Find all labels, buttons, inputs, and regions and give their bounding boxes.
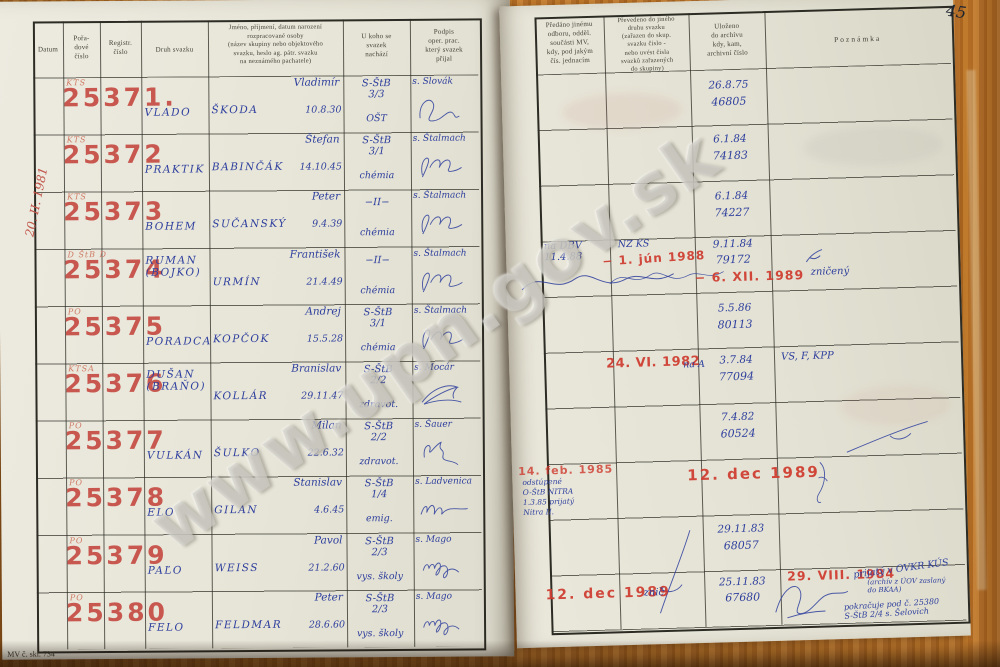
check-mark (802, 247, 827, 268)
remark-line2: (archív z ÚOV zaslaný do BKAA) (867, 576, 946, 594)
department: chémia (345, 342, 411, 353)
surname-birth: KOLLÁR29.11.47 (213, 389, 343, 402)
department: emig. (346, 513, 412, 524)
department: OŠT (343, 113, 409, 124)
header-jmeno: Jméno, příjmení, datum narození rozpraco… (209, 23, 342, 67)
page-edge-stack (967, 70, 987, 590)
surname: KOLLÁR (213, 390, 268, 402)
officer-name: s. Šauer (415, 420, 452, 430)
handwritten-signature (767, 573, 854, 625)
form-code: MV č. skl. 734 (7, 649, 55, 658)
officer-signature (414, 88, 470, 128)
unit: S-ŠtB 2/2 (345, 364, 411, 386)
register-row: PO 25380 FELO Peter FELDMAR28.6.60 S-ŠtB… (2, 589, 512, 650)
header-prevedeno: Převedeno do jiného druhu svazku (zařaze… (603, 15, 690, 74)
archive-date: 7.4.82 (705, 410, 771, 424)
officer-signature (416, 317, 472, 357)
officer-signature (416, 374, 472, 414)
birth-date: 14.10.45 (300, 161, 342, 172)
unit: −II− (344, 255, 410, 266)
birth-date: 29.11.47 (301, 390, 343, 401)
department: zdravot. (346, 456, 412, 467)
officer-signature (415, 145, 471, 185)
remark-line3: pokračuje pod č. 25380 S-ŠtB 2/4 s. Šelo… (844, 597, 940, 621)
destroyed-note: zničený (811, 266, 850, 278)
unit: S-ŠtB 3/3 (343, 78, 409, 100)
unit: S-ŠtB 2/2 (346, 421, 412, 443)
header-predano: Předáno jinému odboru, odděl. součásti M… (535, 20, 605, 67)
surname-birth: ŠULKO22.6.32 (214, 446, 344, 459)
first-name: Pavol (214, 534, 342, 547)
cover-name: PORADCA (146, 335, 212, 347)
surname-birth: FELDMAR28.6.60 (215, 618, 345, 631)
officer-signature (416, 260, 472, 300)
archive-date: 6.1.84 (697, 132, 763, 146)
unit: −II− (344, 197, 410, 208)
department: chémia (344, 227, 410, 238)
header-druh-svazku: Druh svazku (141, 45, 208, 55)
cover-name: FELO (148, 622, 185, 634)
officer-name: s. Štalmach (414, 306, 467, 316)
register-row: KTS 25373 BOHEM Peter SUČANSKÝ9.4.39 −II… (0, 188, 509, 249)
surname-birth: ŠKODA10.8.30 (211, 103, 341, 116)
archive-number: 80113 (702, 317, 768, 332)
officer-signature (418, 603, 474, 643)
officer-signature (415, 202, 471, 242)
birth-date: 4.6.45 (314, 504, 344, 515)
surname: GILAN (214, 504, 258, 516)
surname: ŠKODA (211, 104, 258, 116)
first-name: Vladimír (211, 76, 339, 89)
check-mark (836, 417, 937, 458)
surname-birth: KOPČOK15.5.28 (213, 332, 343, 345)
archive-number: 74227 (699, 205, 765, 220)
birth-date: 15.5.28 (307, 333, 343, 344)
surname: ŠULKO (214, 447, 261, 459)
surname: WEISS (215, 562, 259, 574)
archive-date: 25.11.83 (709, 575, 775, 589)
header-u-koho: U koho se svazek nachází (343, 32, 410, 60)
officer-name: s. Slovák (412, 77, 453, 87)
officer-name: s. Mago (416, 592, 452, 602)
archive-date: 26.8.75 (695, 78, 761, 92)
register-row: PO 25375 PORADCA Andrej KOPČOK15.5.28 S-… (0, 303, 510, 364)
header-poradove-cislo: Pořa- dové číslo (63, 34, 100, 62)
registry-book-photo: Datum Pořa- dové číslo Registr. číslo Dr… (0, 0, 1000, 667)
birth-date: 9.4.39 (312, 218, 342, 229)
transferred-to-note: odstúpené O-ŠtB NITRA 1.3.85 prijatý Nit… (522, 477, 574, 519)
converted-note: NZ KS (618, 238, 650, 250)
officer-name: s. Štalmach (413, 134, 466, 144)
archive-date: 3.7.84 (703, 353, 769, 367)
cover-name: VULKÁN (147, 449, 204, 461)
first-name: Milan (214, 419, 342, 432)
cover-name: ELO (147, 507, 175, 519)
archive-date: 29.11.83 (708, 522, 774, 536)
department: vys. školy (347, 628, 413, 639)
surname-birth: BABINČÁK14.10.45 (212, 160, 342, 173)
archive-date: 9.11.84 (700, 237, 766, 251)
archive-number: 60524 (705, 426, 771, 441)
right-page: Předáno jinému odboru, odděl. součásti M… (499, 0, 971, 648)
register-row: KTS 25372 PRAKTIK Štefan BABINČÁK14.10.4… (0, 131, 509, 192)
archive-number: 46805 (696, 94, 762, 109)
first-name: Peter (212, 190, 340, 203)
archive-date: 6.1.84 (698, 189, 764, 203)
handwritten-scrawl (806, 456, 833, 509)
birth-date: 22.6.32 (308, 447, 344, 458)
surname-birth: WEISS21.2.60 (215, 561, 345, 574)
header-registr-cislo: Registr. číslo (100, 39, 141, 57)
cover-name: RUMAN (BOJKO) (145, 254, 201, 278)
archive-number: 68057 (708, 538, 774, 553)
archive-number: 79172 (700, 252, 766, 267)
archive-number: 74183 (697, 148, 763, 163)
first-name: Stanislav (214, 476, 342, 489)
unit: S-ŠtB 3/1 (344, 135, 410, 157)
birth-date: 21.2.60 (308, 562, 344, 573)
birth-date: 21.4.49 (306, 276, 342, 287)
archive-date-stamp: − 6. XII. 1989 (695, 267, 805, 285)
transferred-to-note: znič (643, 587, 664, 599)
officer-name: s. Štalmach (413, 191, 466, 201)
archive-date: 5.5.86 (701, 301, 767, 315)
left-page: Datum Pořa- dové číslo Registr. číslo Dr… (0, 0, 514, 660)
surname: FELDMAR (215, 619, 282, 631)
remark: VS, F, KPP (781, 350, 834, 362)
unit: S-ŠtB 1/4 (346, 478, 412, 500)
register-row: D ŠtB D 25374 RUMAN (BOJKO) František UR… (0, 246, 510, 307)
unit: S-ŠtB 3/1 (345, 307, 411, 329)
unit: S-ŠtB 2/3 (347, 593, 413, 615)
first-name: František (212, 248, 340, 261)
transferred-to-note: na DBV 11.4.88 (544, 240, 583, 263)
cover-name: VLADO (144, 106, 191, 118)
surname: URMÍN (213, 276, 261, 288)
register-row: KTSA 25376 DUŠAN (BRAŇO) Branislav KOLLÁ… (0, 360, 510, 421)
header-podpis: Podpis oper. prac. který svazek přijal (410, 27, 478, 64)
officer-name: s. Ladvenica (415, 476, 472, 486)
first-name: Andrej (213, 305, 341, 318)
page-number: 45 (945, 1, 968, 23)
officer-signature (417, 488, 473, 528)
archive-number: 67680 (710, 590, 776, 605)
officer-name: s. Štalmach (413, 249, 466, 259)
officer-name: s. Mocár (414, 363, 454, 373)
department: chémia (345, 285, 411, 296)
cover-name: PAĽO (148, 565, 183, 577)
archive-number: 77094 (703, 369, 769, 384)
officer-signature (418, 546, 474, 586)
first-name: Branislav (213, 362, 341, 375)
register-row: KTS 25371. VLADO Vladimír ŠKODA10.8.30 S… (0, 74, 509, 135)
birth-date: 28.6.60 (309, 619, 345, 630)
header-datum: Datum (33, 45, 63, 54)
surname-birth: GILAN4.6.45 (214, 503, 344, 516)
officer-signature (417, 431, 473, 471)
cover-name: DUŠAN (BRAŇO) (146, 368, 206, 392)
register-row: PO 25379 PAĽO Pavol WEISS21.2.60 S-ŠtB 2… (1, 532, 511, 593)
surname: KOPČOK (213, 333, 270, 345)
surname-birth: URMÍN21.4.49 (213, 275, 343, 288)
header-ulozeno: Uloženo do archívu kdy, kam, archivní čí… (689, 21, 766, 59)
surname-birth: SUČANSKÝ9.4.39 (212, 217, 342, 230)
cover-name: BOHEM (145, 220, 197, 232)
surname: BABINČÁK (212, 161, 284, 174)
surname: SUČANSKÝ (212, 218, 287, 231)
department: chémia (344, 170, 410, 181)
transferred-date-stamp: 14. feb. 1985 (518, 462, 613, 478)
converted-note: na A (683, 359, 705, 371)
unit: S-ŠtB 2/3 (346, 536, 412, 558)
archive-date-stamp: 12. dec 1989 (687, 463, 820, 485)
first-name: Peter (215, 591, 343, 604)
first-name: Štefan (212, 133, 340, 146)
officer-name: s. Mago (415, 535, 451, 545)
birth-date: 10.8.30 (305, 104, 341, 115)
cover-name: PRAKTIK (145, 163, 205, 175)
register-row: PO 25377 VULKÁN Milan ŠULKO22.6.32 S-ŠtB… (1, 417, 511, 478)
department: zdravot. (345, 399, 411, 410)
register-row: PO 25378 ELO Stanislav GILAN4.6.45 S-ŠtB… (1, 474, 511, 535)
department: vys. školy (347, 571, 413, 582)
